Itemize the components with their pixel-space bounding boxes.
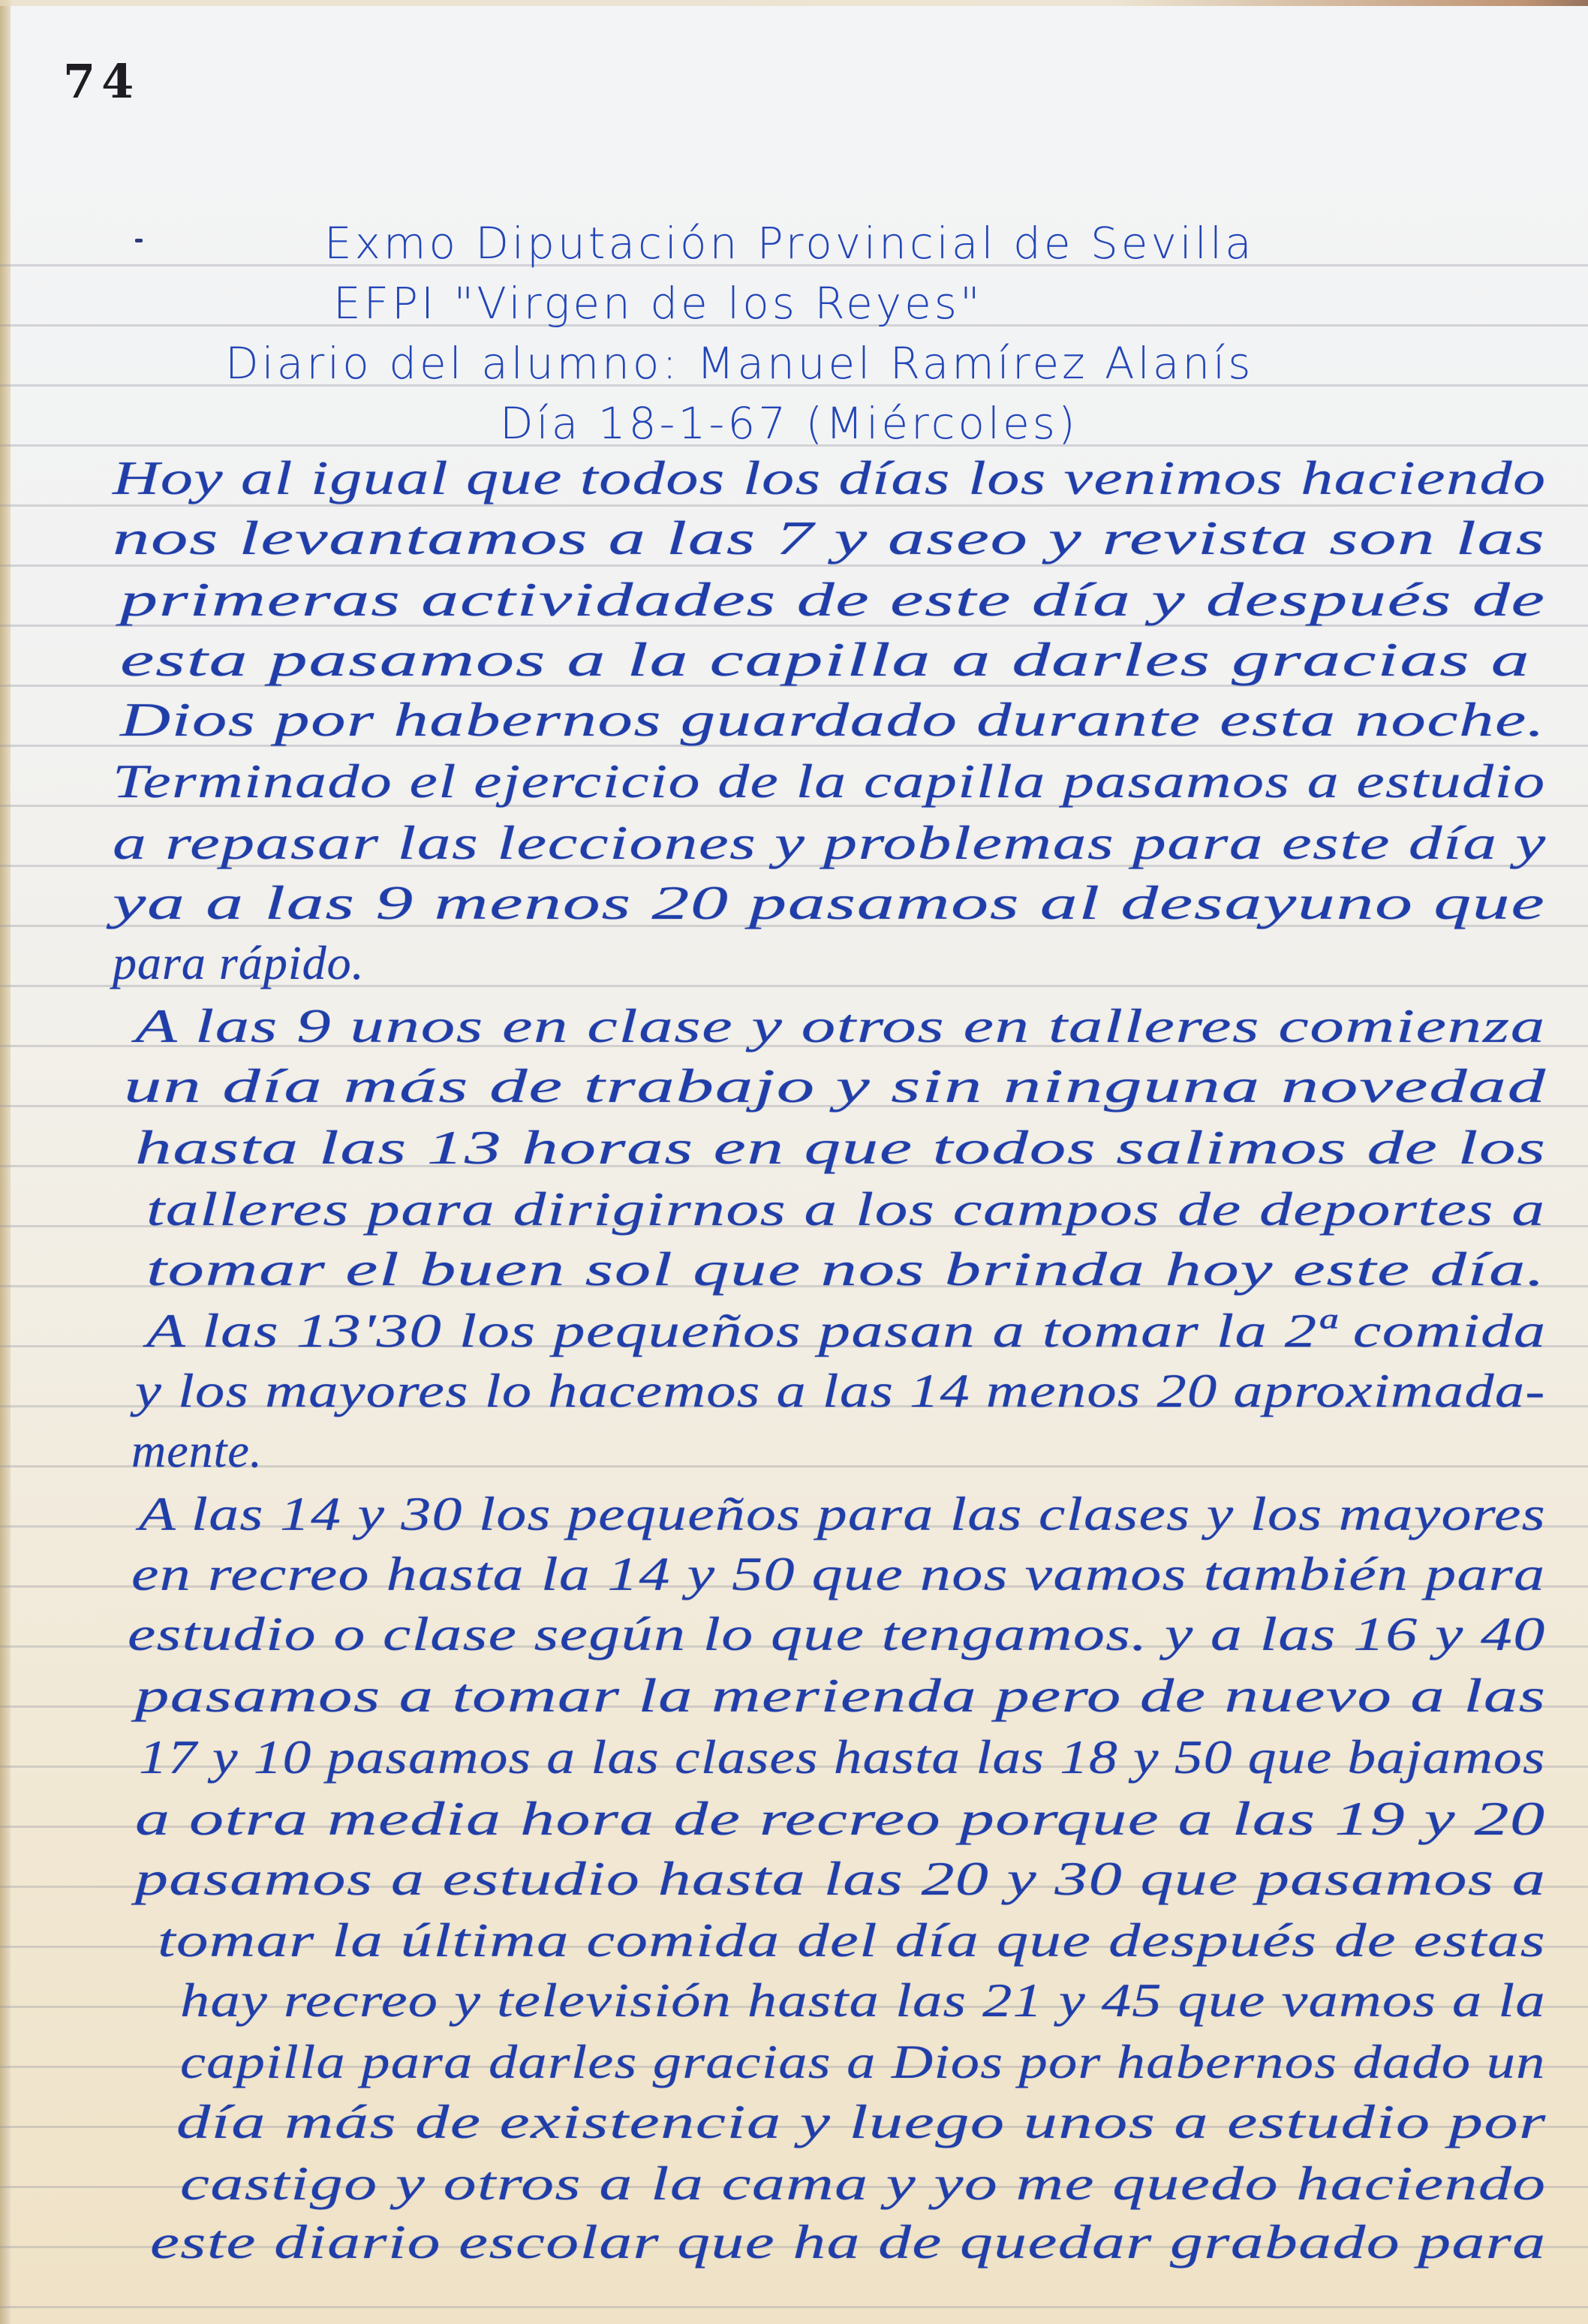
diary-text-line: en recreo hasta la 14 y 50 que nos vamos… [131, 1546, 1545, 1602]
notebook-page: 74 Exmo Diputación Provincial de Sevilla… [0, 0, 1588, 2324]
diary-text-line: a otra media hora de recreo porque a las… [135, 1791, 1546, 1847]
diary-text-line: un día más de trabajo y sin ninguna nove… [124, 1058, 1547, 1114]
diary-text-line: castigo y otros a la cama y yo me quedo … [180, 2156, 1546, 2211]
diary-text-line: pasamos a estudio hasta las 20 y 30 que … [135, 1851, 1546, 1907]
diary-text-line: tomar el buen sol que nos brinda hoy est… [146, 1242, 1546, 1297]
header-school: EFPI "Virgen de los Reyes" [333, 278, 983, 329]
diary-text-line: tomar la última comida del día que despu… [158, 1913, 1546, 1968]
diary-text-line: ya a las 9 menos 20 pasamos al desayuno … [113, 875, 1545, 931]
diary-text-line: A las 13'30 los pequeños pasan a tomar l… [146, 1303, 1546, 1359]
page-spine-edge [0, 0, 11, 2324]
diary-text-line: hay recreo y televisión hasta las 21 y 4… [180, 1973, 1546, 2028]
diary-text-line: 17 y 10 pasamos a las clases hasta las 1… [139, 1729, 1546, 1785]
diary-text-line: talleres para dirigirnos a los campos de… [146, 1182, 1545, 1237]
diary-text-line: para rápido. [113, 935, 365, 991]
diary-text-line: esta pasamos a la capilla a darles graci… [120, 632, 1530, 688]
ruled-line [0, 2306, 1588, 2308]
diary-text-line: hasta las 13 horas en que todos salimos … [135, 1120, 1547, 1176]
header-student: Diario del alumno: Manuel Ramírez Alanís [225, 338, 1253, 389]
diary-text-line: capilla para darles gracias a Dios por h… [180, 2034, 1546, 2090]
diary-text-line: estudio o clase según lo que tengamos. y… [128, 1606, 1546, 1662]
diary-text-line: día más de existencia y luego unos a est… [176, 2094, 1547, 2150]
diary-text-line: Hoy al igual que todos los días los veni… [113, 450, 1547, 506]
diary-text-line: Dios por habernos guardado durante esta … [120, 692, 1545, 748]
diary-text-line: mente. [131, 1423, 263, 1479]
diary-text-line: este diario escolar que ha de quedar gra… [150, 2214, 1546, 2270]
diary-text-line: Terminado el ejercicio de la capilla pas… [113, 754, 1545, 809]
diary-text-line: a repasar las lecciones y problemas para… [113, 815, 1547, 871]
diary-text-line: A las 14 y 30 los pequeños para las clas… [139, 1486, 1546, 1542]
margin-mark [135, 239, 143, 242]
header-institution: Exmo Diputación Provincial de Sevilla [324, 218, 1255, 269]
diary-text-line: pasamos a tomar la merienda pero de nuev… [135, 1668, 1546, 1723]
page-number: 74 [63, 54, 140, 109]
diary-text-line: y los mayores lo hacemos a las 14 menos … [135, 1363, 1546, 1419]
diary-text-line: A las 9 unos en clase y otros en tallere… [135, 998, 1546, 1054]
page-top-edge [0, 0, 1588, 6]
header-date: Día 18-1-67 (Miércoles) [500, 398, 1078, 449]
diary-text-line: nos levantamos a las 7 y aseo y revista … [113, 510, 1545, 566]
diary-text-line: primeras actividades de este día y despu… [120, 572, 1546, 628]
